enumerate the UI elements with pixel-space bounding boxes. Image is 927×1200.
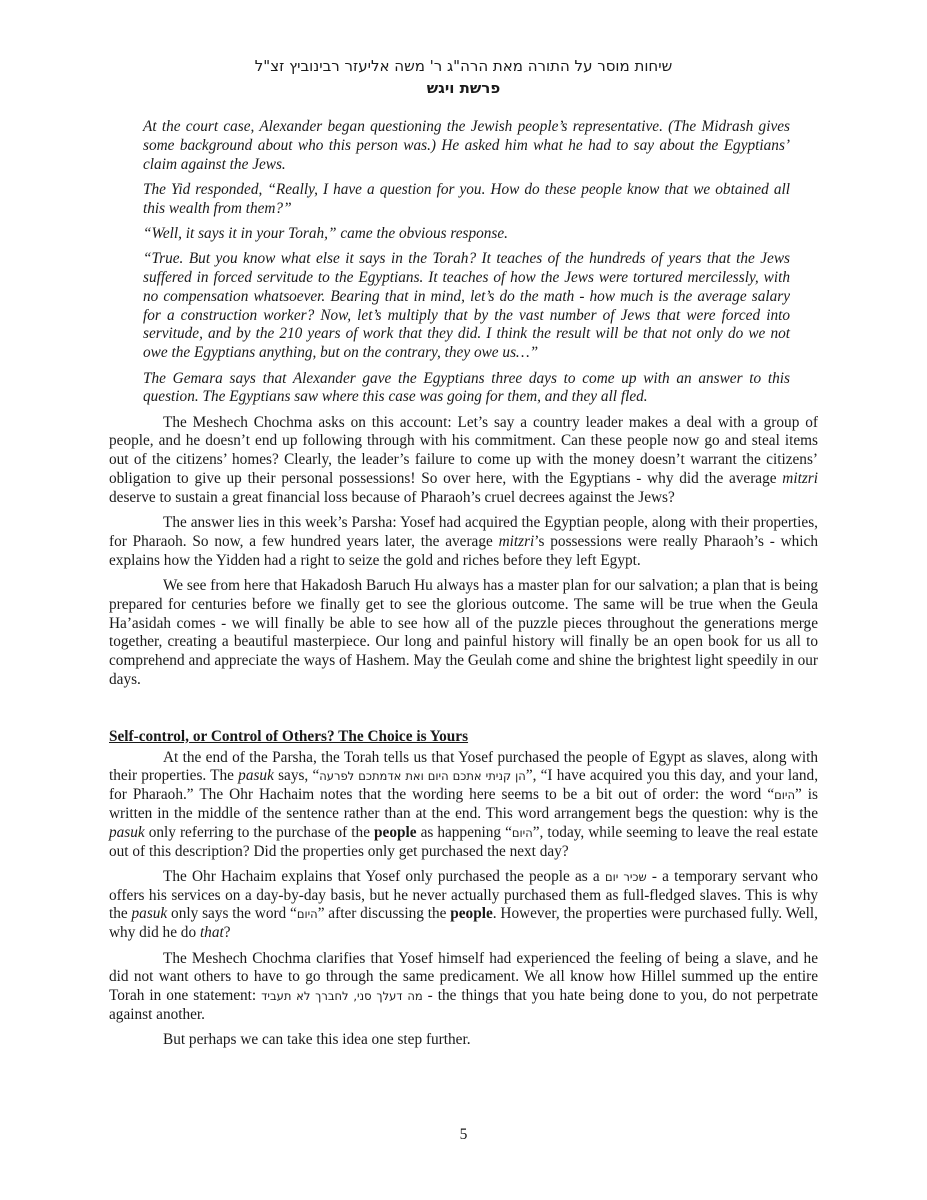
hebrew-word: היום [297,907,318,921]
hebrew-word: היום [774,788,795,802]
quote-block: At the court case, Alexander began quest… [143,118,790,407]
hebrew-verse: הן קניתי אתכם היום ואת אדמתכם לפרעה [319,769,526,783]
page-number: 5 [0,1126,927,1144]
body-paragraph: The answer lies in this week’s Parsha: Y… [109,514,818,570]
italic-term: that [200,924,224,941]
document-body: At the court case, Alexander began quest… [109,118,818,1057]
quote-paragraph: The Gemara says that Alexander gave the … [143,370,790,408]
body-paragraph: We see from here that Hakadosh Baruch Hu… [109,577,818,690]
quote-paragraph: At the court case, Alexander began quest… [143,118,790,174]
document-page: שיחות מוסר על התורה מאת הרה"ג ר' משה אלי… [0,0,927,1200]
bold-term: people [450,905,493,922]
body-paragraph: But perhaps we can take this idea one st… [109,1031,818,1050]
body-paragraph: The Ohr Hachaim explains that Yosef only… [109,868,818,943]
quote-paragraph: The Yid responded, “Really, I have a que… [143,181,790,219]
italic-term: pasuk [238,767,274,784]
body-paragraph: At the end of the Parsha, the Torah tell… [109,749,818,862]
section-heading: Self-control, or Control of Others? The … [109,728,818,747]
hebrew-word: שכיר יום [605,870,647,884]
header-title: שיחות מוסר על התורה מאת הרה"ג ר' משה אלי… [0,55,927,77]
running-header: שיחות מוסר על התורה מאת הרה"ג ר' משה אלי… [0,55,927,99]
header-parsha: פרשת ויגש [0,77,927,99]
hebrew-word: היום [512,826,533,840]
quote-paragraph: “Well, it says it in your Torah,” came t… [143,225,790,244]
italic-term: mitzri [782,470,818,487]
hebrew-quote: מה דעלך סני, לחברך לא תעביד [261,989,423,1003]
body-paragraph: The Meshech Chochma asks on this account… [109,414,818,508]
italic-term: pasuk [109,824,145,841]
body-paragraph: The Meshech Chochma clarifies that Yosef… [109,950,818,1025]
bold-term: people [374,824,417,841]
quote-paragraph: “True. But you know what else it says in… [143,250,790,363]
italic-term: mitzri [499,533,535,550]
italic-term: pasuk [132,905,168,922]
